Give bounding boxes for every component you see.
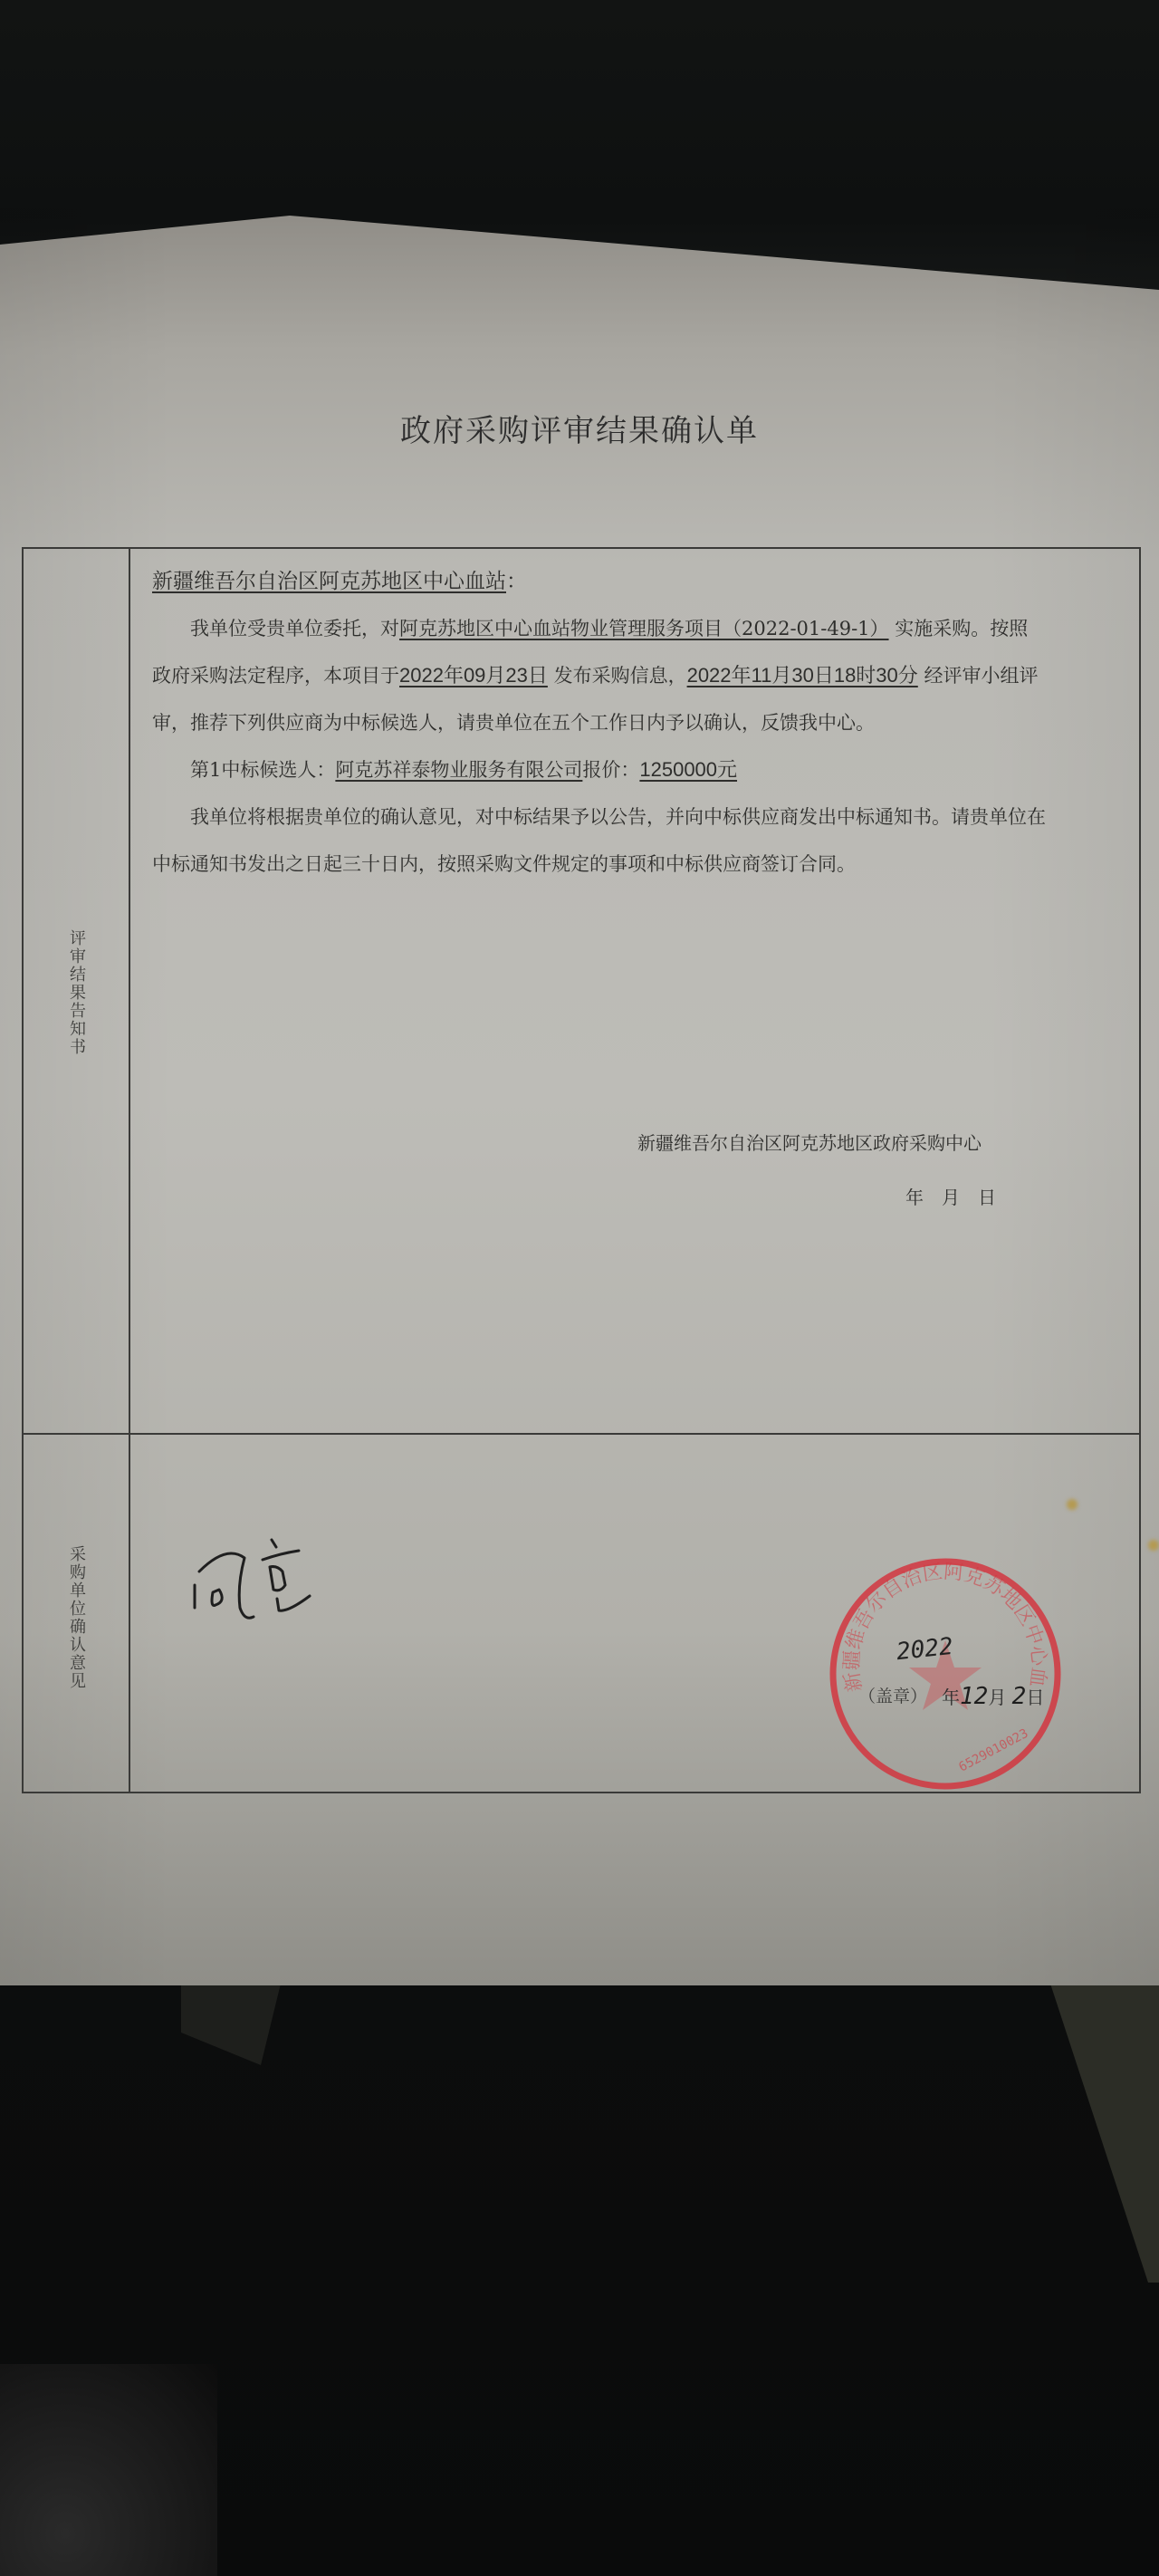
para1-prefix: 我单位受贵单位委托，对 — [190, 618, 399, 639]
candidate-price: 1250000元 — [639, 758, 737, 781]
paragraph-1: 我单位受贵单位委托，对阿克苏地区中心血站物业管理服务项目（2022-01-49-… — [152, 605, 1123, 652]
price-label: 报价： — [582, 759, 639, 781]
project-name: 阿克苏地区中心血站物业管理服务项目（2022-01-49-1） — [399, 618, 889, 639]
background-carpet — [0, 2364, 217, 2576]
paragraph-3: 审，推荐下列供应商为中标候选人，请贵单位在五个工作日内予以确认，反馈我中心。 — [152, 699, 1123, 746]
signing-organization: 新疆维吾尔自治区阿克苏地区政府采购中心 — [637, 1129, 982, 1155]
paper-stain — [1148, 1540, 1159, 1551]
handwritten-month: 12 — [960, 1683, 988, 1710]
publish-date: 2022年09月23日 — [399, 664, 548, 687]
month-unit: 月 — [988, 1687, 1006, 1708]
para2-prefix: 政府采购法定程序，本项目于 — [152, 665, 399, 687]
addressee-colon: ： — [506, 570, 527, 593]
background-fold — [1050, 1984, 1159, 2283]
svg-text:6529010023: 6529010023 — [956, 1726, 1030, 1775]
year-unit: 年 — [942, 1687, 960, 1708]
notice-body: 新疆维吾尔自治区阿克苏地区中心血站： 我单位受贵单位委托，对阿克苏地区中心血站物… — [152, 554, 1123, 888]
para2-suffix: 经评审小组评 — [924, 665, 1038, 687]
table-column-divider — [129, 549, 130, 1792]
table-row-divider — [24, 1433, 1139, 1435]
addressee-line: 新疆维吾尔自治区阿克苏地区中心血站： — [152, 558, 1123, 605]
paragraph-2: 政府采购法定程序，本项目于2022年09月23日 发布采购信息，2022年11月… — [152, 652, 1123, 699]
para2-middle: 发布采购信息， — [554, 665, 687, 687]
background-bottom — [0, 1984, 1159, 2576]
official-seal-stamp: 新疆维吾尔自治区阿克苏地区中心血站 6529010023 — [826, 1554, 1066, 1794]
handwritten-day: 2 — [1012, 1683, 1027, 1710]
day-unit: 日 — [1026, 1687, 1044, 1708]
addressee: 新疆维吾尔自治区阿克苏地区中心血站 — [152, 570, 506, 593]
candidate-name: 阿克苏祥泰物业服务有限公司 — [335, 759, 582, 781]
para1-suffix: 实施采购。按照 — [895, 618, 1028, 639]
handwritten-opinion-signature: 同意 — [190, 1522, 326, 1639]
seal-label: （盖章） — [858, 1683, 927, 1707]
document-title: 政府采购评审结果确认单 — [0, 406, 1159, 450]
section-label-review-result: 评审结果告知书 — [67, 902, 89, 1083]
candidate-line: 第1中标候选人：阿克苏祥泰物业服务有限公司报价：1250000元 — [152, 746, 1123, 793]
paragraph-4-line-1: 我单位将根据贵单位的确认意见，对中标结果予以公告，并向中标供应商发出中标通知书。… — [152, 793, 1123, 841]
paragraph-4-line-2: 中标通知书发出之日起三十日内，按照采购文件规定的事项和中标供应商签订合同。 — [152, 841, 1123, 888]
confirmation-date: 年12月 2日 — [942, 1683, 1044, 1710]
section-label-purchaser-opinion: 采购单位确认意见 — [67, 1527, 89, 1708]
background-fold — [181, 1984, 281, 2065]
review-datetime: 2022年11月30日18时30分 — [687, 664, 918, 687]
candidate-label: 第1中标候选人： — [190, 759, 335, 781]
signing-date-blank: 年 月 日 — [905, 1183, 996, 1209]
paper-stain — [1067, 1499, 1078, 1510]
